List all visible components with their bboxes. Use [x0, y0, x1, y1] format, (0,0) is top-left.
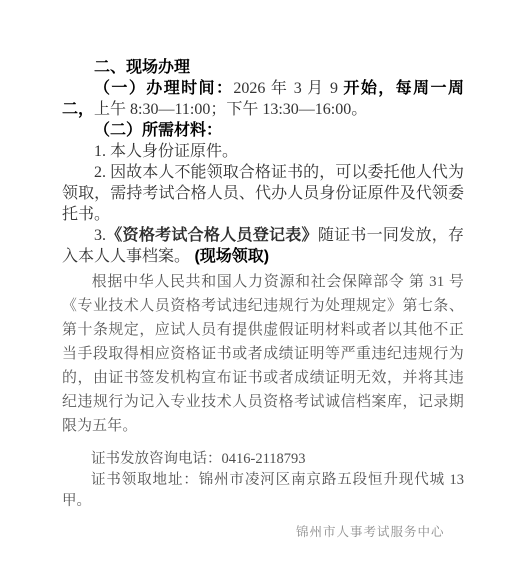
onsite-pickup-note: (现场领取)	[190, 248, 269, 265]
document-content: 二、现场办理 （一）办理时间：2026 年 3 月 9 开始，每周一周二，上午 …	[0, 0, 522, 512]
list-item-id-original: 1. 本人身份证原件。	[62, 141, 464, 162]
para-regulation-notice: 根据中华人民共和国人力资源和社会保障部令 第 31 号《专业技术人员资格考试违纪…	[62, 270, 464, 438]
phone-line-text: 证书发放咨询电话：0416-2118793	[91, 451, 306, 467]
item1-text: 1. 本人身份证原件。	[94, 143, 238, 160]
heading-required-materials: （二）所需材料：	[62, 120, 464, 141]
list-item-delegate-pickup: 2. 因故本人不能领取合格证书的，可以委托他人代为领取，需持考试合格人员、代办人…	[62, 162, 464, 225]
item3-number: 3.	[94, 227, 106, 244]
materials-heading-text: （二）所需材料：	[94, 122, 222, 139]
list-item-registration-form: 3.《资格考试合格人员登记表》随证书一同发放，存入本人人事档案。 (现场领取)	[62, 225, 464, 267]
para-processing-time: （一）办理时间：2026 年 3 月 9 开始，每周一周二，上午 8:30—11…	[62, 78, 464, 120]
registration-form-title: 《资格考试合格人员登记表》	[106, 227, 318, 244]
heading-onsite-processing: 二、现场办理	[62, 57, 464, 78]
notice-document-page: 二、现场办理 （一）办理时间：2026 年 3 月 9 开始，每周一周二，上午 …	[0, 0, 522, 572]
para-address: 证书领取地址：锦州市凌河区南京路五段恒升现代城 13 甲。	[62, 470, 464, 512]
processing-start-date: 2026 年 3 月 9	[233, 80, 343, 97]
address-line-text: 证书领取地址：锦州市凌河区南京路五段恒升现代城 13 甲。	[62, 472, 464, 509]
section-heading-text: 二、现场办理	[94, 59, 190, 76]
para-phone: 证书发放咨询电话：0416-2118793	[62, 449, 464, 470]
processing-time-label: （一）办理时间：	[94, 80, 233, 97]
regulation-notice-text: 根据中华人民共和国人力资源和社会保障部令 第 31 号《专业技术人员资格考试违纪…	[62, 274, 464, 434]
signature-organization: 锦州市人事考试服务中心	[296, 522, 445, 540]
item2-text: 2. 因故本人不能领取合格证书的，可以委托他人代为领取，需持考试合格人员、代办人…	[62, 164, 464, 223]
processing-hours-text: 上午 8:30—11:00；下午 13:30—16:00。	[94, 101, 367, 118]
